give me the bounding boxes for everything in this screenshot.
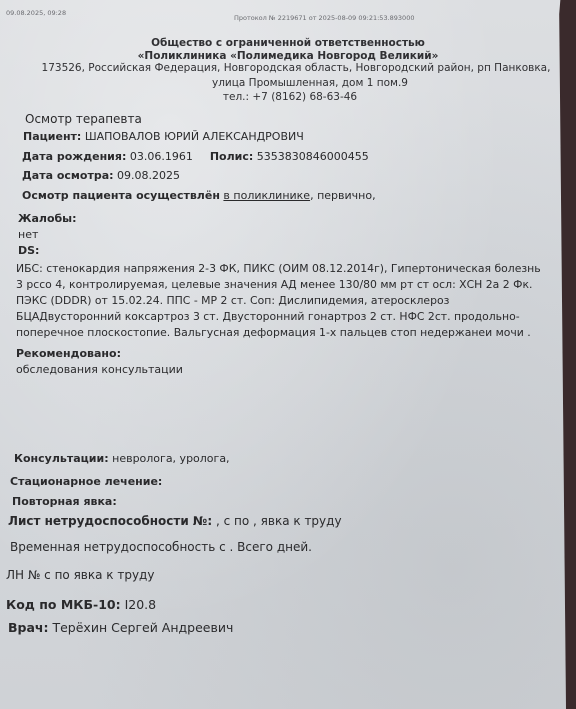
diagnosis-line: поперечное плоскостопие. Вальгусная дефо… — [16, 325, 568, 341]
sick-leave-value: , с по , явка к труду — [216, 514, 342, 528]
dob-row: Дата рождения: 03.06.1961 Полис: 5353830… — [22, 150, 369, 163]
exam-title: Осмотр терапевта — [25, 112, 142, 126]
ln-text: ЛН № с по явка к труду — [6, 568, 154, 582]
exam-place-suffix: , первично, — [310, 189, 375, 202]
exam-place-label: Осмотр пациента осуществлён — [22, 189, 220, 202]
policy-label: Полис: — [210, 150, 253, 163]
exam-date-value: 09.08.2025 — [117, 169, 180, 182]
exam-place-value: в поликлинике — [223, 189, 310, 202]
exam-place-row: Осмотр пациента осуществлён в поликлиник… — [22, 189, 376, 202]
org-phone: тел.: +7 (8162) 68-63-46 — [2, 91, 576, 103]
dob-value: 03.06.1961 — [130, 150, 193, 163]
exam-date-row: Дата осмотра: 09.08.2025 — [22, 169, 180, 182]
doctor-row: Врач: Терёхин Сергей Андреевич — [8, 620, 233, 635]
exam-date-label: Дата осмотра: — [22, 169, 114, 182]
complaints-value: нет — [18, 228, 38, 241]
icd-row: Код по МКБ-10: I20.8 — [6, 597, 156, 612]
diagnosis-line: 3 рсco 4, контролируемая, целевые значен… — [16, 277, 568, 293]
icd-label: Код по МКБ-10: — [6, 597, 121, 612]
policy-value: 5353830846000455 — [257, 150, 369, 163]
recommended-label: Рекомендовано: — [16, 347, 121, 360]
org-name: «Поликлиника «Полимедика Новгород Велики… — [0, 50, 576, 62]
org-address-line2: улица Промышленная, дом 1 пом.9 — [22, 77, 576, 89]
print-timestamp: 09.08.2025, 09:28 — [6, 9, 66, 17]
diagnosis-label: DS: — [18, 244, 39, 257]
complaints-label: Жалобы: — [18, 212, 77, 225]
org-legal-form: Общество с ограниченной ответственностью — [0, 37, 576, 49]
doctor-name: Терёхин Сергей Андреевич — [52, 620, 233, 635]
diagnosis-text: ИБС: стенокардия напряжения 2-3 ФК, ПИКС… — [16, 261, 576, 341]
diagnosis-line: БЦАДвусторонний коксартроз 3 ст. Двустор… — [16, 309, 568, 325]
dob-label: Дата рождения: — [22, 150, 126, 163]
diagnosis-line: ПЭКС (DDDR) от 15.02.24. ППС - МР 2 ст. … — [16, 293, 568, 309]
patient-label: Пациент: — [23, 130, 81, 143]
consultations-value: невролога, уролога, — [112, 452, 229, 465]
recommended-value: обследования консультации — [16, 363, 183, 376]
inpatient-label: Стационарное лечение: — [10, 475, 162, 488]
protocol-number: Протокол № 2219671 от 2025-08-09 09:21:5… — [234, 14, 414, 22]
patient-row: Пациент: ШАПОВАЛОВ ЮРИЙ АЛЕКСАНДРОВИЧ — [23, 130, 304, 143]
sick-leave-label: Лист нетрудоспособности №: — [8, 514, 212, 528]
org-address-line1: 173526, Российская Федерация, Новгородск… — [8, 62, 576, 74]
icd-value: I20.8 — [125, 597, 157, 612]
document-page: 09.08.2025, 09:28 Протокол № 2219671 от … — [0, 0, 566, 709]
sick-leave-row: Лист нетрудоспособности №: , с по , явка… — [8, 514, 342, 528]
consultations-label: Консультации: — [14, 452, 109, 465]
doctor-label: Врач: — [8, 620, 49, 635]
diagnosis-line: ИБС: стенокардия напряжения 2-3 ФК, ПИКС… — [16, 261, 568, 277]
followup-label: Повторная явка: — [12, 495, 117, 508]
temp-disability-text: Временная нетрудоспособность с . Всего д… — [10, 540, 312, 554]
patient-name: ШАПОВАЛОВ ЮРИЙ АЛЕКСАНДРОВИЧ — [85, 130, 304, 143]
consultations-row: Консультации: невролога, уролога, — [14, 452, 230, 465]
